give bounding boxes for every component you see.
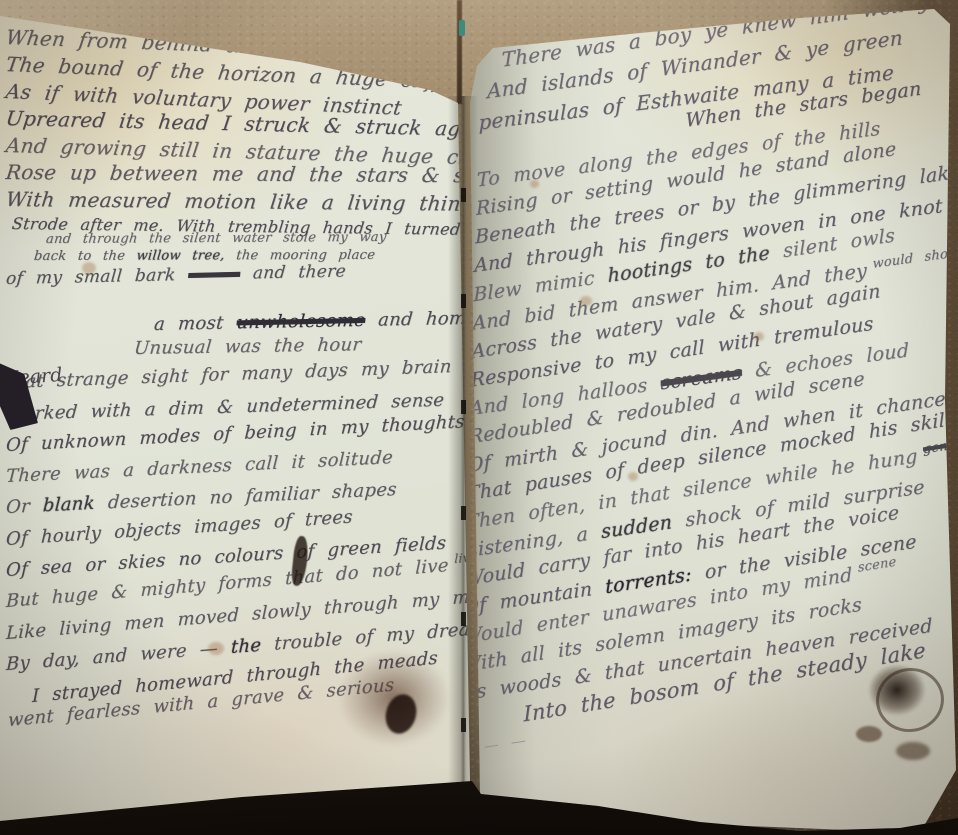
bookmark-ribbon [459,20,465,36]
right-page-text: There was a boy ye knew him well ye rock… [478,0,958,747]
manuscript-line: and through the silent water stole my wa… [45,228,459,248]
left-margin-word: Heard [1,364,63,390]
manuscript-notebook-photo: When from behind that rocky steep till t… [0,0,958,835]
spine-crease [457,0,462,104]
manuscript-line: Rose up between me and the stars & still [4,159,459,189]
left-page-text: When from behind that rocky steep till t… [6,24,458,734]
book-gutter-stitching [448,96,478,790]
